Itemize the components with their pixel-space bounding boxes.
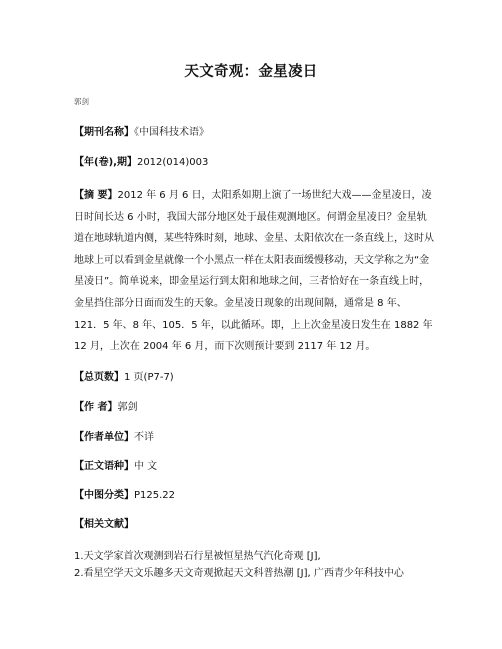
field-label: 【期刊名称】 xyxy=(74,127,134,138)
abstract-line: 12 月，上次在 2004 年 6 月，而下次则预计要到 2117 年 12 月… xyxy=(74,336,444,358)
abstract-line: 121．5 年、8 年、105．5 年，以此循环。即，上上次金星凌日发生在 18… xyxy=(74,315,444,337)
abstract-line: 道在地球轨道内侧，某些特殊时刻，地球、金星、太阳依次在一条直线上，这时从 xyxy=(74,228,444,250)
field-label: 【摘 要】 xyxy=(74,190,117,201)
field-affiliation: 【作者单位】不详 xyxy=(74,432,154,444)
field-related: 【相关文献】 xyxy=(74,519,134,531)
field-language: 【正文语种】中 文 xyxy=(74,461,157,473)
field-clc: 【中图分类】P125.22 xyxy=(74,490,175,502)
field-label: 【作者单位】 xyxy=(74,432,134,443)
field-value: 郭剑 xyxy=(117,402,137,413)
abstract-line: 【摘 要】2012 年 6 月 6 日，太阳系如期上演了一场世纪大戏——金星凌日… xyxy=(74,185,444,207)
field-label: 【年(卷),期】 xyxy=(74,157,137,168)
abstract-line: 金星挡住部分日面而发生的天象。金星凌日现象的出现间隔，通常是 8 年、 xyxy=(74,293,444,315)
field-label: 【中图分类】 xyxy=(74,490,134,501)
field-label: 【作 者】 xyxy=(74,402,117,413)
field-value: 《中国科技术语》 xyxy=(134,127,209,138)
reference-item: 1.天文学家首次观测到岩石行星被恒星热气汽化奇观 [J], xyxy=(74,548,404,565)
field-value: 1 页(P7-7) xyxy=(124,372,174,383)
field-label: 【相关文献】 xyxy=(74,519,134,530)
field-author: 【作 者】郭剑 xyxy=(74,402,137,414)
abstract-line: 日时间长达 6 小时，我国大部分地区处于最佳观测地区。何谓金星凌日？金星轨 xyxy=(74,207,444,229)
abstract-line: 地球上可以看到金星就像一个小黑点一样在太阳表面缓慢移动，天文学称之为“金 xyxy=(74,250,444,272)
field-year-vol-issue: 【年(卷),期】2012(014)003 xyxy=(74,157,208,169)
field-value: 2012(014)003 xyxy=(137,157,208,168)
abstract-line: 星凌日”。简单说来，即金星运行到太阳和地球之间，三者恰好在一条直线上时， xyxy=(74,271,444,293)
field-journal: 【期刊名称】《中国科技术语》 xyxy=(74,127,209,139)
field-value: 中 文 xyxy=(134,461,157,472)
author-byline: 郭剑 xyxy=(74,96,89,107)
field-label: 【总页数】 xyxy=(74,372,124,383)
field-label: 【正文语种】 xyxy=(74,461,134,472)
field-abstract: 【摘 要】2012 年 6 月 6 日，太阳系如期上演了一场世纪大戏——金星凌日… xyxy=(74,185,444,358)
document-title: 天文奇观：金星凌日 xyxy=(0,60,502,81)
field-value: P125.22 xyxy=(134,490,175,501)
reference-list: 1.天文学家首次观测到岩石行星被恒星热气汽化奇观 [J], 2.看星空学天文乐趣… xyxy=(74,548,404,582)
field-total-pages: 【总页数】1 页(P7-7) xyxy=(74,372,174,384)
field-value: 不详 xyxy=(134,432,154,443)
reference-item: 2.看星空学天文乐趣多天文奇观掀起天文科普热潮 [J], 广西青少年科技中心 xyxy=(74,565,404,582)
